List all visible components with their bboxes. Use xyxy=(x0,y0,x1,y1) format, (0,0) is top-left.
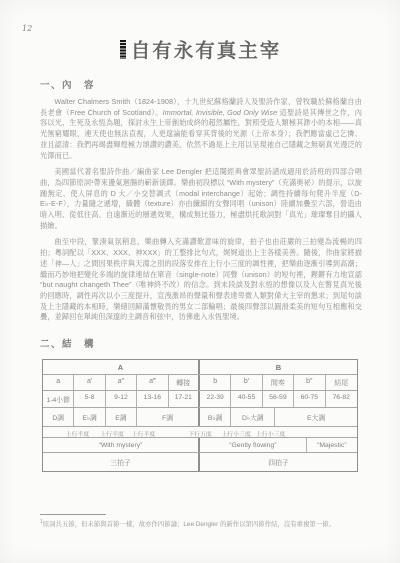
table-group-b: B xyxy=(200,360,357,374)
table-part-label: 轉接 xyxy=(169,375,200,391)
table-key: D♭大調 xyxy=(231,408,275,427)
table-key: E調 xyxy=(106,408,137,427)
table-modulation-label: 上行小三度 xyxy=(256,429,285,438)
table-part-label: b xyxy=(200,375,231,391)
table-measure-range: 60-75 xyxy=(294,391,325,407)
table-row-measures: 1-4小節 5-8 9-12 13-16 17-21 22-39 40-55 5… xyxy=(43,391,357,408)
table-measure-range: 56-59 xyxy=(263,391,294,407)
paragraph-3: 曲至中段，緊湊氣氛稍息，樂曲轉入充滿讚歎意味的旋律，拍子也由莊嚴的三拍變為流暢的… xyxy=(40,237,362,323)
table-measure-range: 22-39 xyxy=(200,391,231,407)
table-style-marking: “Majestic” xyxy=(307,438,357,453)
table-measure-range: 40-55 xyxy=(231,391,262,407)
paragraph-1: Walter Chalmers Smith（1824-1908），十九世紀蘇格蘭… xyxy=(40,97,362,161)
table-modulation-label: 下行五度 xyxy=(188,429,212,438)
table-key: E♭調 xyxy=(74,408,105,427)
table-modulation-label: 上行半度 xyxy=(66,429,90,438)
scanned-document-page: 12 自有永有真主宰 一、內 容 Walter Chalmers Smith（1… xyxy=(0,0,400,563)
table-part-label: a′ xyxy=(74,375,105,391)
song-index-tag-icon xyxy=(119,38,127,61)
table-row-meters: 三拍子 四拍子 xyxy=(43,453,357,471)
table-measure-range: 17-21 xyxy=(169,391,200,407)
structure-table: A B a a′ a″ a‴ 轉接 b b′ 間奏 b″ 結尾 1-4小節 5-… xyxy=(42,359,358,472)
table-row-groups: A B xyxy=(43,360,357,375)
paragraph-2: 美國當代著名聖詩作曲／編曲家 Lee Dengler 把這闋經典會眾聖詩譜成適用… xyxy=(40,167,362,231)
page-body: 一、內 容 Walter Chalmers Smith（1824-1908），十… xyxy=(40,77,362,472)
chapter-title-row: 自有永有真主宰 xyxy=(0,0,400,63)
section-heading-structure: 二、結 構 xyxy=(40,336,362,350)
table-key: E大調 xyxy=(275,408,357,427)
table-modulation-label: 上行半度 xyxy=(132,429,156,438)
table-part-label: a xyxy=(43,375,74,391)
footnote-text: 1原詞共五節，但末節與首節一樣，故亦作四節論；Lee Dengler 的新作以第… xyxy=(40,518,370,529)
table-part-label: b′ xyxy=(231,375,262,391)
table-row-modulations: 上行半度 上行半度 上行半度 下行五度 上行小三度 上行小三度 xyxy=(43,427,357,438)
table-measure-range: 13-16 xyxy=(137,391,168,407)
table-modulation-label: 上行小三度 xyxy=(221,429,250,438)
table-row-parts: a a′ a″ a‴ 轉接 b b′ 間奏 b″ 結尾 xyxy=(43,375,357,392)
table-meter: 三拍子 xyxy=(43,453,200,471)
table-part-label: b″ xyxy=(294,375,325,391)
hymn-title-english: Immortal, Invisible, God Only Wise xyxy=(163,108,278,117)
table-meter: 四拍子 xyxy=(200,453,357,471)
table-key: D調 xyxy=(43,408,74,427)
table-key: B♭調 xyxy=(200,408,231,427)
table-style-marking: “Gently flowing” xyxy=(200,438,307,453)
table-part-label: a‴ xyxy=(137,375,168,391)
footnote: 1原詞共五節，但末節與首節一樣，故亦作四節論；Lee Dengler 的新作以第… xyxy=(40,514,370,529)
table-key: F調 xyxy=(137,408,200,427)
table-measure-range: 9-12 xyxy=(106,391,137,407)
table-row-keys: D調 E♭調 E調 F調 B♭調 D♭大調 E大調 xyxy=(43,408,357,428)
table-measure-range: 5-8 xyxy=(74,391,105,407)
page-number: 12 xyxy=(22,24,32,33)
table-measure-range: 1-4小節 xyxy=(43,391,74,407)
table-style-marking: “With mystery” xyxy=(43,438,200,453)
section-heading-content: 一、內 容 xyxy=(40,77,362,91)
table-modulation-label: 上行半度 xyxy=(100,429,124,438)
table-measure-range: 76-82 xyxy=(326,391,357,407)
table-part-label: a″ xyxy=(106,375,137,391)
footnote-divider xyxy=(40,514,106,515)
footnote-body: 原詞共五節，但末節與首節一樣，故亦作四節論；Lee Dengler 的新作以第四… xyxy=(43,521,335,528)
table-row-style-markings: “With mystery” “Gently flowing” “Majesti… xyxy=(43,438,357,454)
table-group-a: A xyxy=(43,360,200,374)
hymn-title-chinese: 自有永有真主宰 xyxy=(131,35,282,63)
table-part-label: 間奏 xyxy=(263,375,294,391)
table-part-label: 結尾 xyxy=(326,375,357,391)
